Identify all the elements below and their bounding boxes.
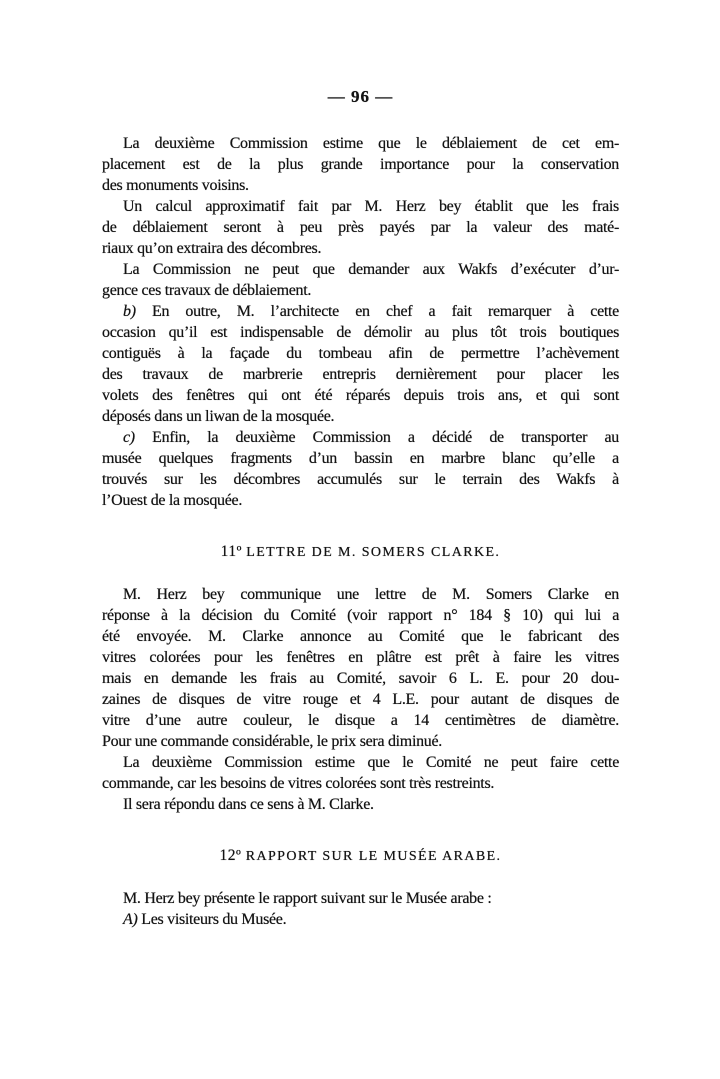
text-line: La deuxième Commission estime que le Com… — [102, 752, 619, 773]
text-line: des travaux de marbrerie entrepris derni… — [102, 364, 619, 385]
list-item-letter: b) — [123, 303, 136, 320]
paragraph: Il sera répondu dans ce sens à M. Clarke… — [102, 794, 619, 815]
text-line: l’Ouest de la mosquée. — [102, 490, 619, 511]
text-line: A) Les visiteurs du Musée. — [102, 909, 619, 930]
section-heading: 12º RAPPORT SUR LE MUSÉE ARABE. — [102, 845, 619, 868]
list-item-letter: A) — [123, 911, 138, 928]
text-line: placement est de la plus grande importan… — [102, 154, 619, 175]
text-line: Un calcul approximatif fait par M. Herz … — [102, 196, 619, 217]
paragraph: La Commission ne peut que demander aux W… — [102, 259, 619, 301]
text-line: M. Herz bey communique une lettre de M. … — [102, 584, 619, 605]
text-line: de déblaiement seront à peu près payés p… — [102, 217, 619, 238]
text-line: commande, car les besoins de vitres colo… — [102, 773, 619, 794]
paragraph: La deuxième Commission estime que le déb… — [102, 133, 619, 196]
section-heading-text: LETTRE DE M. SOMERS CLARKE. — [246, 545, 500, 560]
text-line: b) En outre, M. l’architecte en chef a f… — [102, 301, 619, 322]
text-line: Il sera répondu dans ce sens à M. Clarke… — [102, 794, 619, 815]
section-heading: 11º LETTRE DE M. SOMERS CLARKE. — [102, 541, 619, 564]
text-line: mais en demande les frais au Comité, sav… — [102, 668, 619, 689]
text-line: musée quelques fragments d’un bassin en … — [102, 448, 619, 469]
text-line: La deuxième Commission estime que le déb… — [102, 133, 619, 154]
section-heading-number: 12º — [220, 847, 246, 864]
text-line: trouvés sur les décombres accumulés sur … — [102, 469, 619, 490]
text-line: volets des fenêtres qui ont été réparés … — [102, 385, 619, 406]
paragraph: A) Les visiteurs du Musée. — [102, 909, 619, 930]
text-line: occasion qu’il est indispensable de démo… — [102, 322, 619, 343]
text-line: La Commission ne peut que demander aux W… — [102, 259, 619, 280]
page-number: — 96 — — [102, 86, 619, 107]
section-heading-number: 11º — [221, 543, 247, 560]
text-line: déposés dans un liwan de la mosquée. — [102, 406, 619, 427]
paragraph: b) En outre, M. l’architecte en chef a f… — [102, 301, 619, 427]
text-line: vitre d’une autre couleur, le disque a 1… — [102, 710, 619, 731]
text-line: c) Enfin, la deuxième Commission a décid… — [102, 427, 619, 448]
text-line: M. Herz bey présente le rapport suivant … — [102, 888, 619, 909]
scanned-page: — 96 — La deuxième Commission estime que… — [0, 0, 720, 1079]
paragraph: c) Enfin, la deuxième Commission a décid… — [102, 427, 619, 511]
text-line: zaines de disques de vitre rouge et 4 L.… — [102, 689, 619, 710]
section-heading-text: RAPPORT SUR LE MUSÉE ARABE. — [246, 849, 502, 864]
paragraph: Un calcul approximatif fait par M. Herz … — [102, 196, 619, 259]
text-line: riaux qu’on extraira des décombres. — [102, 238, 619, 259]
page-text: La deuxième Commission estime que le déb… — [102, 109, 619, 930]
text-line: vitres colorées pour les fenêtres en plâ… — [102, 647, 619, 668]
text-line: gence ces travaux de déblaiement. — [102, 280, 619, 301]
text-line: des monuments voisins. — [102, 175, 619, 196]
text-line: contiguës à la façade du tombeau afin de… — [102, 343, 619, 364]
list-item-letter: c) — [123, 429, 135, 446]
paragraph: La deuxième Commission estime que le Com… — [102, 752, 619, 794]
paragraph: M. Herz bey présente le rapport suivant … — [102, 888, 619, 909]
paragraph: M. Herz bey communique une lettre de M. … — [102, 584, 619, 752]
text-line: été envoyée. M. Clarke annonce au Comité… — [102, 626, 619, 647]
text-line: réponse à la décision du Comité (voir ra… — [102, 605, 619, 626]
text-line: Pour une commande considérable, le prix … — [102, 731, 619, 752]
